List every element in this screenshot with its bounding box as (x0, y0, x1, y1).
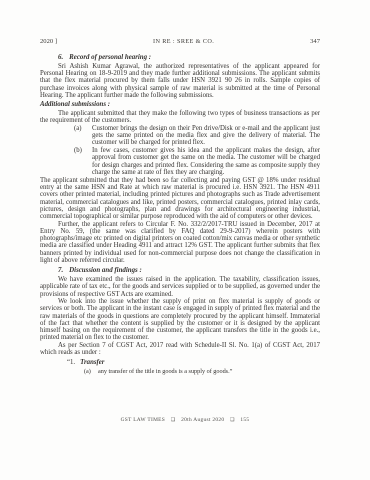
list-item-b-text: In few cases, customer gives his idea an… (92, 147, 320, 176)
paragraph-personal-hearing: Sri Ashish Kumar Agrawal, the authorized… (40, 63, 320, 99)
section-6-number: 6. (58, 54, 63, 61)
document-page: 2020 ] IN RE : SREE & CO. 347 6.Record o… (0, 0, 370, 480)
running-header: 2020 ] IN RE : SREE & CO. 347 (40, 38, 320, 45)
paragraph-issues-examined: We have examined the issues raised in th… (40, 276, 320, 298)
header-year: 2020 ] (40, 38, 57, 45)
section-heading-7: 7.Discussion and findings : (40, 267, 320, 274)
paragraph-supply-of-goods: We look into the issue whether the suppl… (40, 298, 320, 342)
paragraph-gst-rate: The applicant submitted that they had be… (40, 177, 320, 221)
quote-item-a: (a) any transfer of the title in goods i… (40, 368, 320, 375)
footer-sheet-number: 155 (240, 417, 249, 423)
section-7-title: Discussion and findings : (69, 267, 142, 274)
quote-transfer-heading: “1.Transfer (40, 359, 320, 366)
section-heading-6: 6.Record of personal hearing : (40, 54, 320, 61)
paragraph-cgst-schedule: As per Section 7 of CGST Act, 2017 read … (40, 342, 320, 357)
paragraph-two-types: The applicant submitted that they make t… (40, 110, 320, 125)
page-footer: GST LAW TIMES ❏ 20th August 2020 ❏ 155 (0, 417, 370, 423)
page-content: 2020 ] IN RE : SREE & CO. 347 6.Record o… (40, 38, 320, 375)
footer-journal-name: GST LAW TIMES (121, 417, 166, 423)
quote-title-text: Transfer (80, 359, 104, 366)
quote-item-a-text: any transfer of the title in goods is a … (98, 368, 232, 375)
section-6-title: Record of personal hearing : (69, 54, 151, 61)
quote-number: “1. (67, 359, 75, 366)
quote-item-a-label: (a) (84, 368, 98, 375)
heading-additional-submissions: Additional submissions : (40, 101, 320, 108)
list-item-b: (b) In few cases, customer gives his ide… (40, 147, 320, 176)
footer-separator-icon: ❏ (171, 417, 176, 423)
section-7-number: 7. (58, 267, 63, 274)
list-item-a: (a) Customer brings the design on their … (40, 125, 320, 147)
list-item-a-label: (a) (74, 125, 92, 147)
header-page-number: 347 (310, 38, 320, 45)
list-item-a-text: Customer brings the design on their Pen … (92, 125, 320, 147)
footer-separator-icon: ❏ (230, 417, 235, 423)
footer-issue-date: 20th August 2020 (181, 417, 224, 423)
header-case-title: IN RE : SREE & CO. (153, 38, 214, 45)
paragraph-circular: Further, the applicant refers to Circula… (40, 221, 320, 265)
list-item-b-label: (b) (74, 147, 92, 176)
